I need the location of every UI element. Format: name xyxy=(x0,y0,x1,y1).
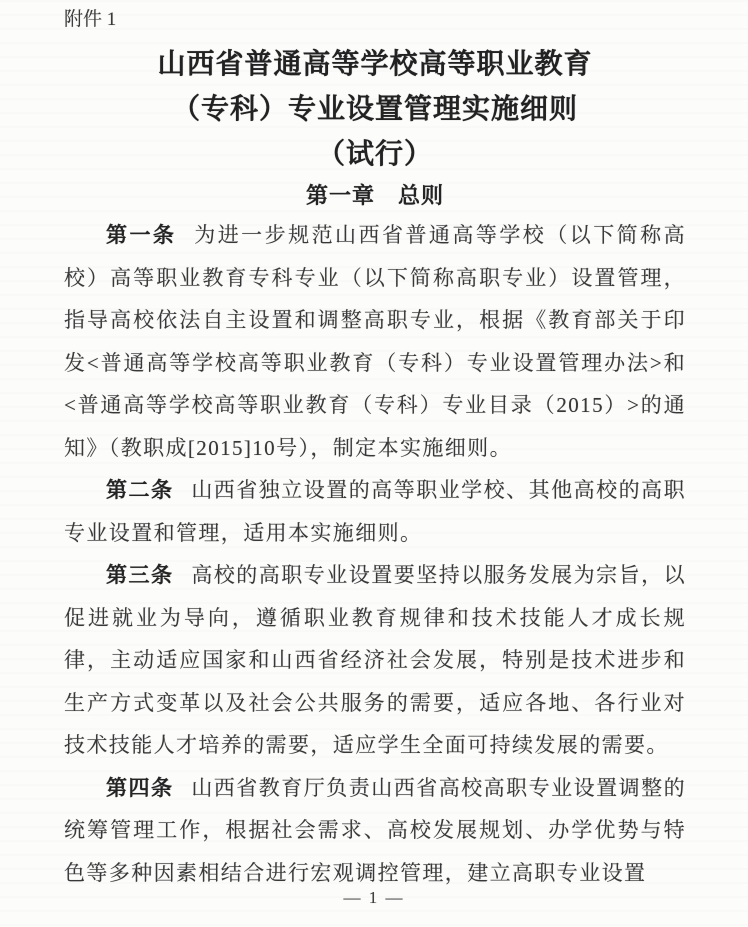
article-2-number: 第二条 xyxy=(106,478,173,502)
paragraph-article-1: 第一条为进一步规范山西省普通高等学校（以下简称高校）高等职业教育专科专业（以下简… xyxy=(64,214,686,469)
document-body: 第一条为进一步规范山西省普通高等学校（以下简称高校）高等职业教育专科专业（以下简… xyxy=(64,214,686,894)
chapter-heading: 第一章 总则 xyxy=(64,179,686,213)
paragraph-article-2: 第二条山西省独立设置的高等职业学校、其他高校的高职专业设置和管理，适用本实施细则… xyxy=(64,469,686,554)
paragraph-article-3: 第三条高校的高职专业设置要坚持以服务发展为宗旨，以促进就业为导向，遵循职业教育规… xyxy=(64,554,686,767)
page-number: — 1 — xyxy=(0,888,748,908)
title-line-2: （专科）专业设置管理实施细则 xyxy=(64,87,686,132)
article-1-text: 为进一步规范山西省普通高等学校（以下简称高校）高等职业教育专科专业（以下简称高职… xyxy=(64,223,686,460)
attachment-label: 附件 1 xyxy=(64,6,686,33)
document-title: 山西省普通高等学校高等职业教育 （专科）专业设置管理实施细则 （试行） xyxy=(64,42,686,177)
article-1-number: 第一条 xyxy=(106,223,176,247)
article-4-number: 第四条 xyxy=(106,776,173,800)
article-3-number: 第三条 xyxy=(106,563,173,587)
paragraph-article-4: 第四条山西省教育厅负责山西省高校高职专业设置调整的统筹管理工作，根据社会需求、高… xyxy=(64,767,686,895)
article-3-text: 高校的高职专业设置要坚持以服务发展为宗旨，以促进就业为导向，遵循职业教育规律和技… xyxy=(64,563,686,757)
title-line-3: （试行） xyxy=(64,132,686,177)
document-page: 附件 1 山西省普通高等学校高等职业教育 （专科）专业设置管理实施细则 （试行）… xyxy=(0,0,748,927)
title-line-1: 山西省普通高等学校高等职业教育 xyxy=(64,42,686,87)
